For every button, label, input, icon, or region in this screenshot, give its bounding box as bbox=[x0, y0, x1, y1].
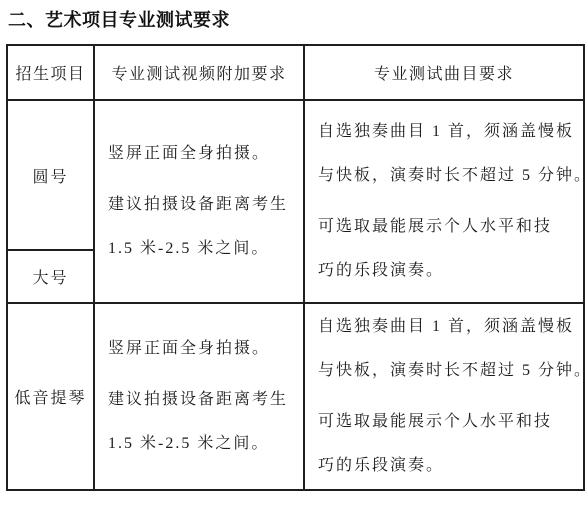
video-requirement-line: 建议拍摄设备距离考生 bbox=[108, 183, 299, 227]
video-requirement-line: 竖屏正面全身拍摄。 bbox=[108, 327, 299, 371]
table-header-row: 招生项目 专业测试视频附加要求 专业测试曲目要求 bbox=[7, 45, 584, 100]
table-row-double-bass: 低音提琴 竖屏正面全身拍摄。 建议拍摄设备距离考生 1.5 米-2.5 米之间。… bbox=[7, 303, 584, 490]
video-requirement-line: 建议拍摄设备距离考生 bbox=[108, 378, 299, 422]
video-requirement-cell-group2: 竖屏正面全身拍摄。 建议拍摄设备距离考生 1.5 米-2.5 米之间。 bbox=[94, 303, 304, 490]
table-row-french-horn: 圆号 竖屏正面全身拍摄。 建议拍摄设备距离考生 1.5 米-2.5 米之间。 自… bbox=[7, 100, 584, 250]
repertoire-requirement-line: 可选取最能展示个人水平和技 bbox=[318, 400, 579, 444]
header-repertoire-requirements: 专业测试曲目要求 bbox=[304, 45, 584, 100]
test-requirements-table: 招生项目 专业测试视频附加要求 专业测试曲目要求 圆号 竖屏正面全身拍摄。 建议… bbox=[6, 44, 585, 491]
video-requirement-cell-group1: 竖屏正面全身拍摄。 建议拍摄设备距离考生 1.5 米-2.5 米之间。 bbox=[94, 100, 304, 303]
project-cell-french-horn: 圆号 bbox=[7, 100, 94, 250]
video-requirement-line: 1.5 米-2.5 米之间。 bbox=[108, 422, 299, 466]
video-requirement-line: 1.5 米-2.5 米之间。 bbox=[108, 227, 299, 271]
project-cell-double-bass: 低音提琴 bbox=[7, 303, 94, 490]
repertoire-requirement-line: 与快板，演奏时长不超过 5 分钟。 bbox=[318, 349, 579, 393]
repertoire-requirement-line: 巧的乐段演奏。 bbox=[318, 249, 579, 293]
repertoire-requirement-cell-group2: 自选独奏曲目 1 首，须涵盖慢板 与快板，演奏时长不超过 5 分钟。 可选取最能… bbox=[304, 303, 584, 490]
project-cell-tuba: 大号 bbox=[7, 250, 94, 303]
video-requirement-line: 竖屏正面全身拍摄。 bbox=[108, 132, 299, 176]
repertoire-requirement-cell-group1: 自选独奏曲目 1 首，须涵盖慢板 与快板，演奏时长不超过 5 分钟。 可选取最能… bbox=[304, 100, 584, 303]
header-enrollment-project: 招生项目 bbox=[7, 45, 94, 100]
repertoire-requirement-line: 与快板，演奏时长不超过 5 分钟。 bbox=[318, 154, 579, 198]
header-video-requirements: 专业测试视频附加要求 bbox=[94, 45, 304, 100]
repertoire-requirement-line: 巧的乐段演奏。 bbox=[318, 444, 579, 488]
page-title: 二、艺术项目专业测试要求 bbox=[8, 6, 230, 32]
repertoire-requirement-line: 自选独奏曲目 1 首，须涵盖慢板 bbox=[318, 110, 579, 154]
repertoire-requirement-line: 自选独奏曲目 1 首，须涵盖慢板 bbox=[318, 305, 579, 349]
document-page: 二、艺术项目专业测试要求 招生项目 专业测试视频附加要求 专业测试曲目要求 圆号… bbox=[0, 0, 588, 505]
repertoire-requirement-line: 可选取最能展示个人水平和技 bbox=[318, 205, 579, 249]
